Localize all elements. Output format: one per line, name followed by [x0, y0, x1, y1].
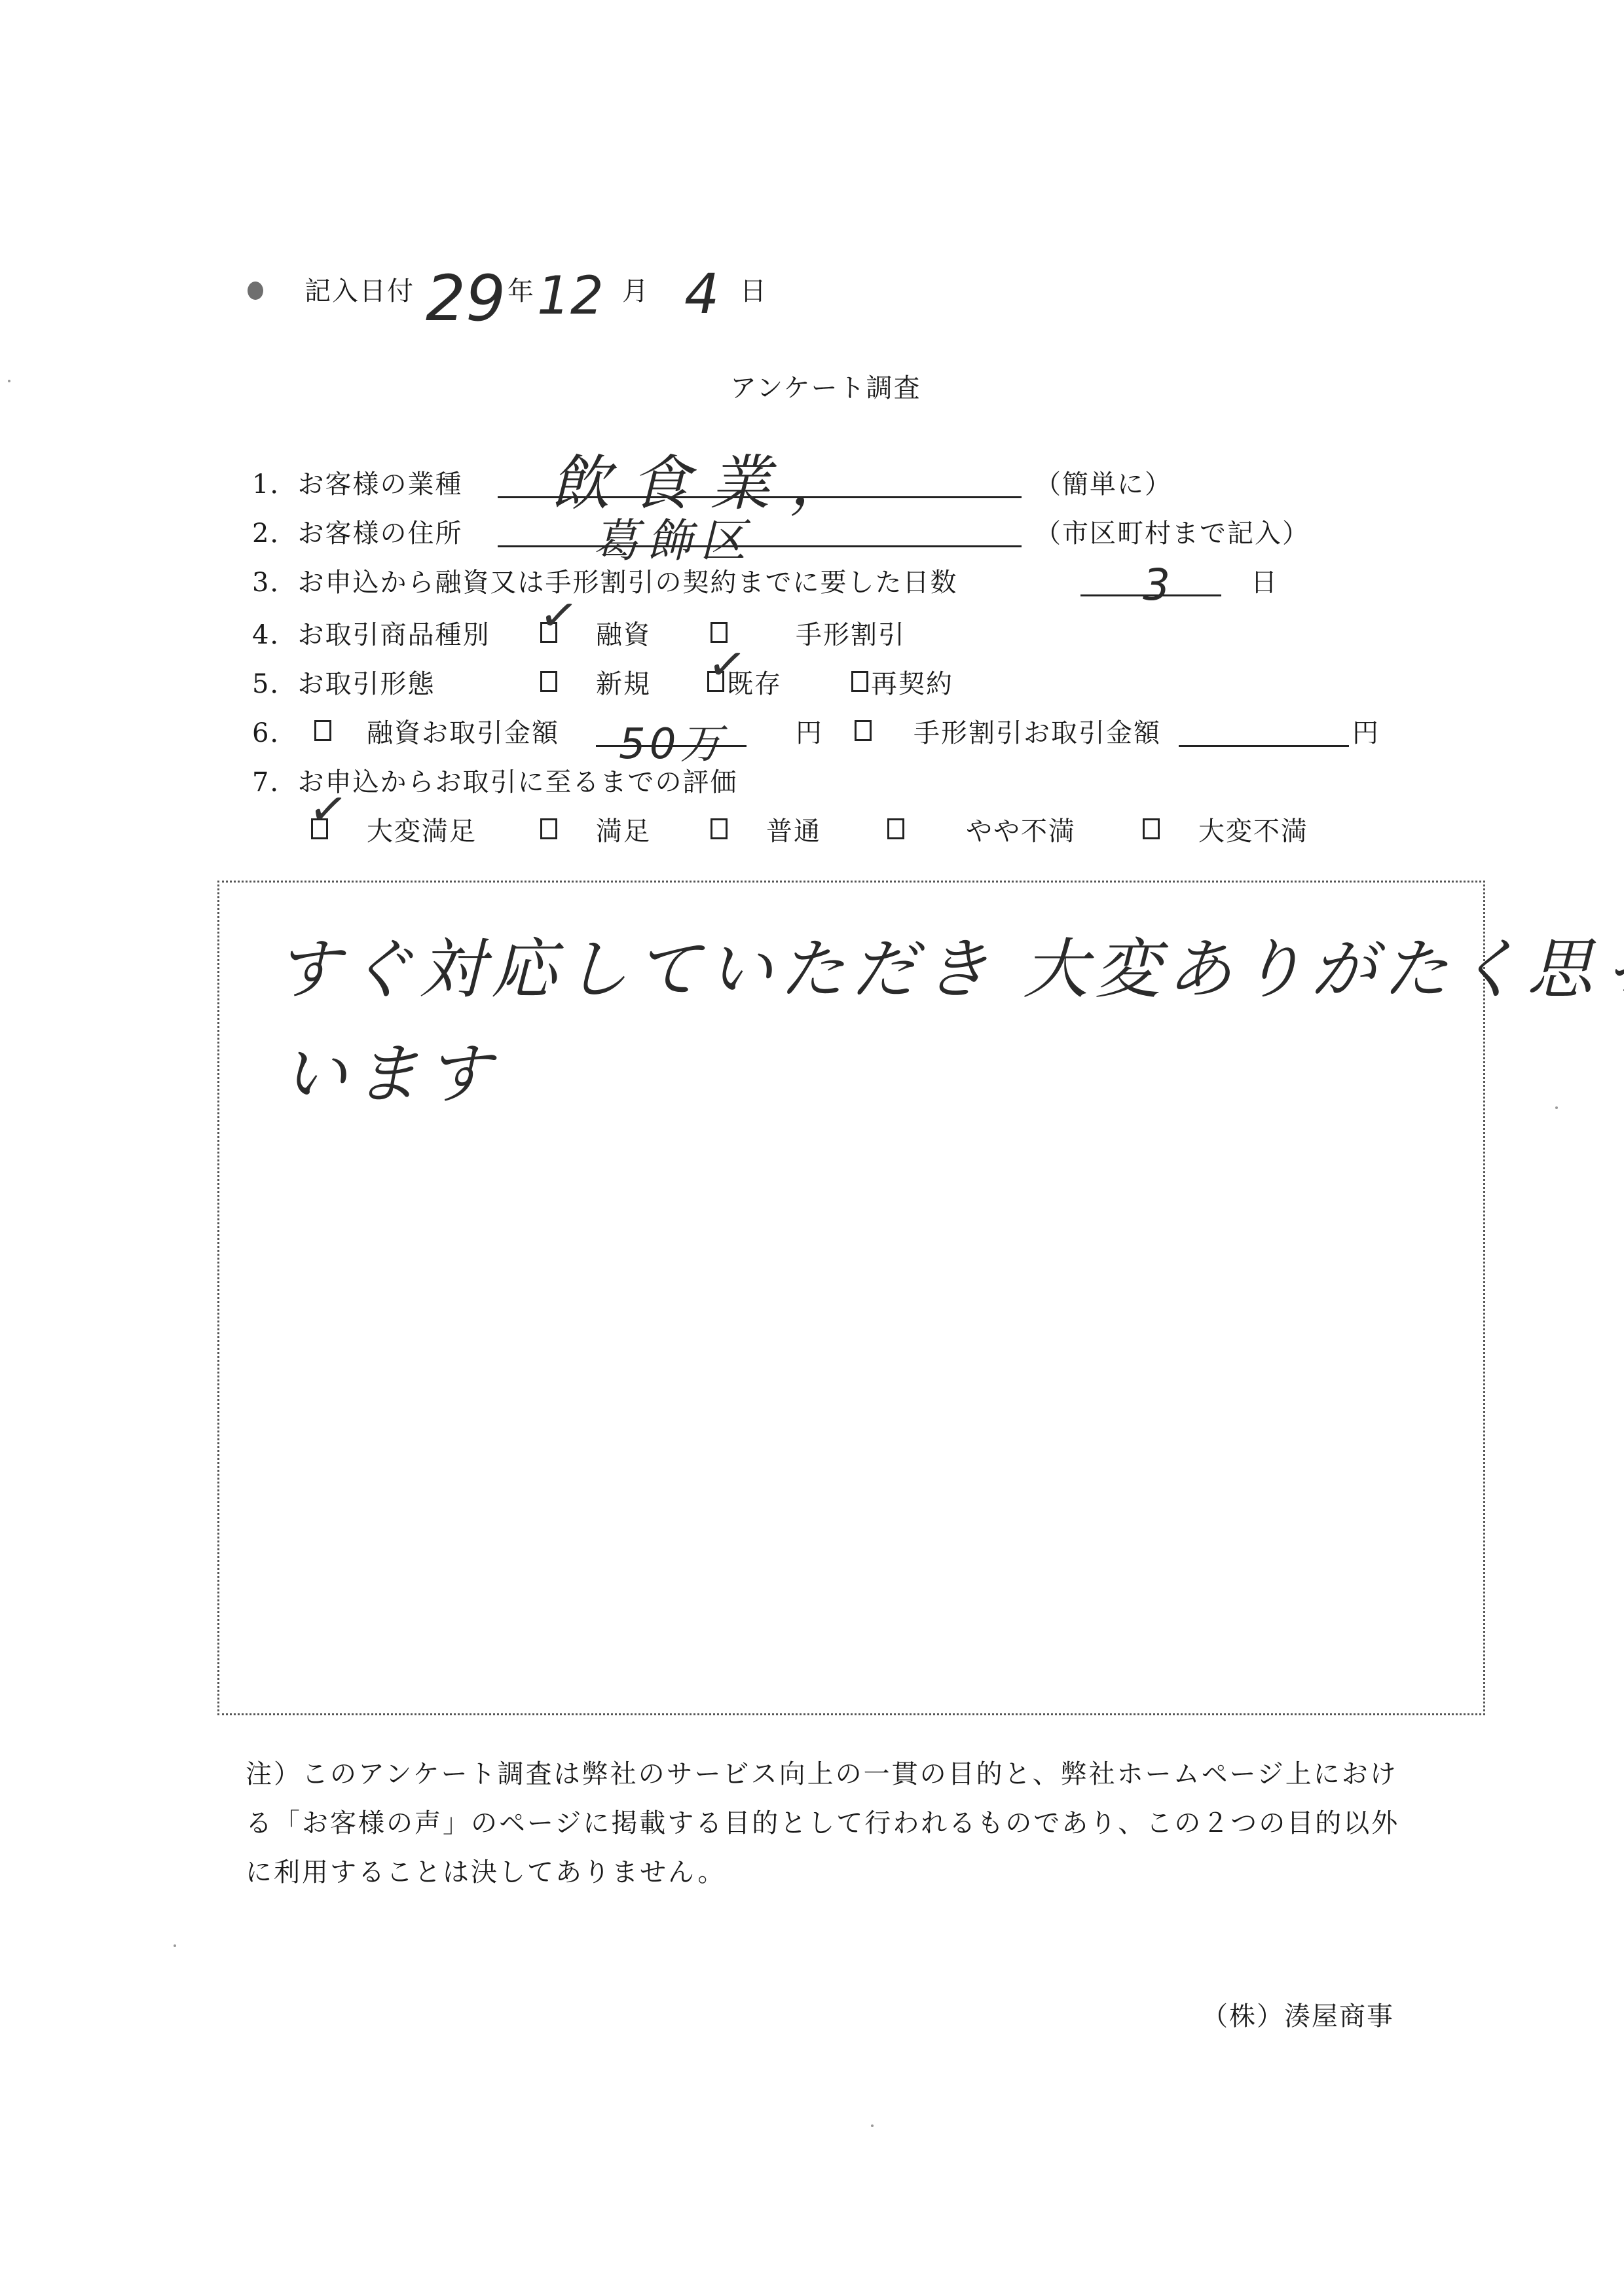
- q7-option-satisfied: 満足: [596, 818, 651, 845]
- q5-option-recontract: 再契約: [871, 671, 953, 697]
- q3-label: 3．お申込から融資又は手形割引の契約までに要した日数: [252, 570, 957, 596]
- note-line-2: る「お客様の声」のページに掲載する目的として行われるものであり、この２つの目的以…: [246, 1810, 1399, 1836]
- q4-option-discount: 手形割引: [796, 622, 906, 648]
- date-year-field[interactable]: 29: [426, 262, 506, 335]
- scan-speck: [8, 380, 10, 382]
- q7-checkbox-somewhat-dissatisfied[interactable]: [887, 818, 904, 839]
- q2-hint: （市区町村まで記入）: [1035, 520, 1310, 547]
- q6-checkbox-discount[interactable]: [855, 720, 872, 741]
- q6-discount-unit: 円: [1352, 720, 1380, 746]
- day-unit: 日: [740, 278, 767, 304]
- q7-checkbox-normal[interactable]: [710, 818, 728, 839]
- note-line-3: に利用することは決してありません。: [246, 1859, 726, 1886]
- q4-label: 4．お取引商品種別: [252, 622, 490, 648]
- scan-speck: [1555, 1106, 1558, 1109]
- q5-label: 5．お取引形態: [252, 671, 435, 697]
- note-line-1: 注）このアンケート調査は弊社のサービス向上の一貫の目的と、弊社ホームページ上にお…: [246, 1761, 1398, 1787]
- q3-unit: 日: [1251, 570, 1278, 596]
- q6-checkbox-loan[interactable]: [314, 720, 331, 741]
- bullet-icon: [248, 282, 263, 300]
- scan-speck: [871, 2124, 874, 2127]
- q7-checkbox-satisfied[interactable]: [540, 818, 557, 839]
- q4-checkbox-loan[interactable]: ✓: [540, 622, 557, 643]
- q3-answer-field[interactable]: 3: [1143, 560, 1170, 610]
- date-day-field[interactable]: 4: [684, 262, 719, 326]
- comment-line-1: すぐ対応していただき 大変ありがたく思って: [275, 917, 1624, 1011]
- q6-discount-underline[interactable]: [1179, 745, 1349, 747]
- comment-line-2: います: [282, 1021, 498, 1116]
- date-label: 記入日付: [304, 278, 415, 304]
- q5-checkbox-new[interactable]: [540, 671, 557, 692]
- q4-option-loan: 融資: [596, 622, 651, 648]
- check-mark-icon: ✓: [536, 590, 581, 640]
- q7-option-very-dissatisfied: 大変不満: [1198, 818, 1308, 845]
- date-month-field[interactable]: 12: [537, 265, 604, 326]
- q6-loan-label: 融資お取引金額: [367, 720, 559, 746]
- company-name: （株）湊屋商事: [1202, 2003, 1394, 2030]
- q5-checkbox-existing[interactable]: ✓: [707, 671, 724, 692]
- q2-answer-field[interactable]: 葛飾区: [593, 504, 754, 570]
- q6-discount-label: 手形割引お取引金額: [913, 720, 1161, 746]
- month-unit: 月: [622, 278, 650, 304]
- year-unit: 年: [507, 278, 535, 304]
- q7-checkbox-very-dissatisfied[interactable]: [1143, 818, 1160, 839]
- q6-loan-amount-field[interactable]: 50万: [619, 710, 726, 771]
- q7-checkbox-very-satisfied[interactable]: ✓: [311, 818, 328, 839]
- scan-speck: [174, 1944, 176, 1947]
- q7-option-normal: 普通: [766, 818, 821, 845]
- q2-underline: [498, 545, 1022, 547]
- q6-prefix: 6．: [252, 720, 297, 746]
- page-title: アンケート調査: [730, 375, 921, 401]
- q7-option-very-satisfied: 大変満足: [367, 818, 477, 845]
- check-mark-icon: ✓: [306, 784, 350, 834]
- q2-label: 2．お客様の住所: [252, 520, 462, 547]
- q1-label: 1．お客様の業種: [252, 471, 462, 498]
- q1-hint: （簡単に）: [1035, 471, 1172, 498]
- q5-option-new: 新規: [596, 671, 651, 697]
- q7-option-somewhat-dissatisfied: やや不満: [966, 818, 1076, 845]
- q5-option-existing: 既存: [727, 671, 782, 697]
- q6-loan-unit: 円: [796, 720, 823, 746]
- q5-checkbox-recontract[interactable]: [851, 671, 868, 692]
